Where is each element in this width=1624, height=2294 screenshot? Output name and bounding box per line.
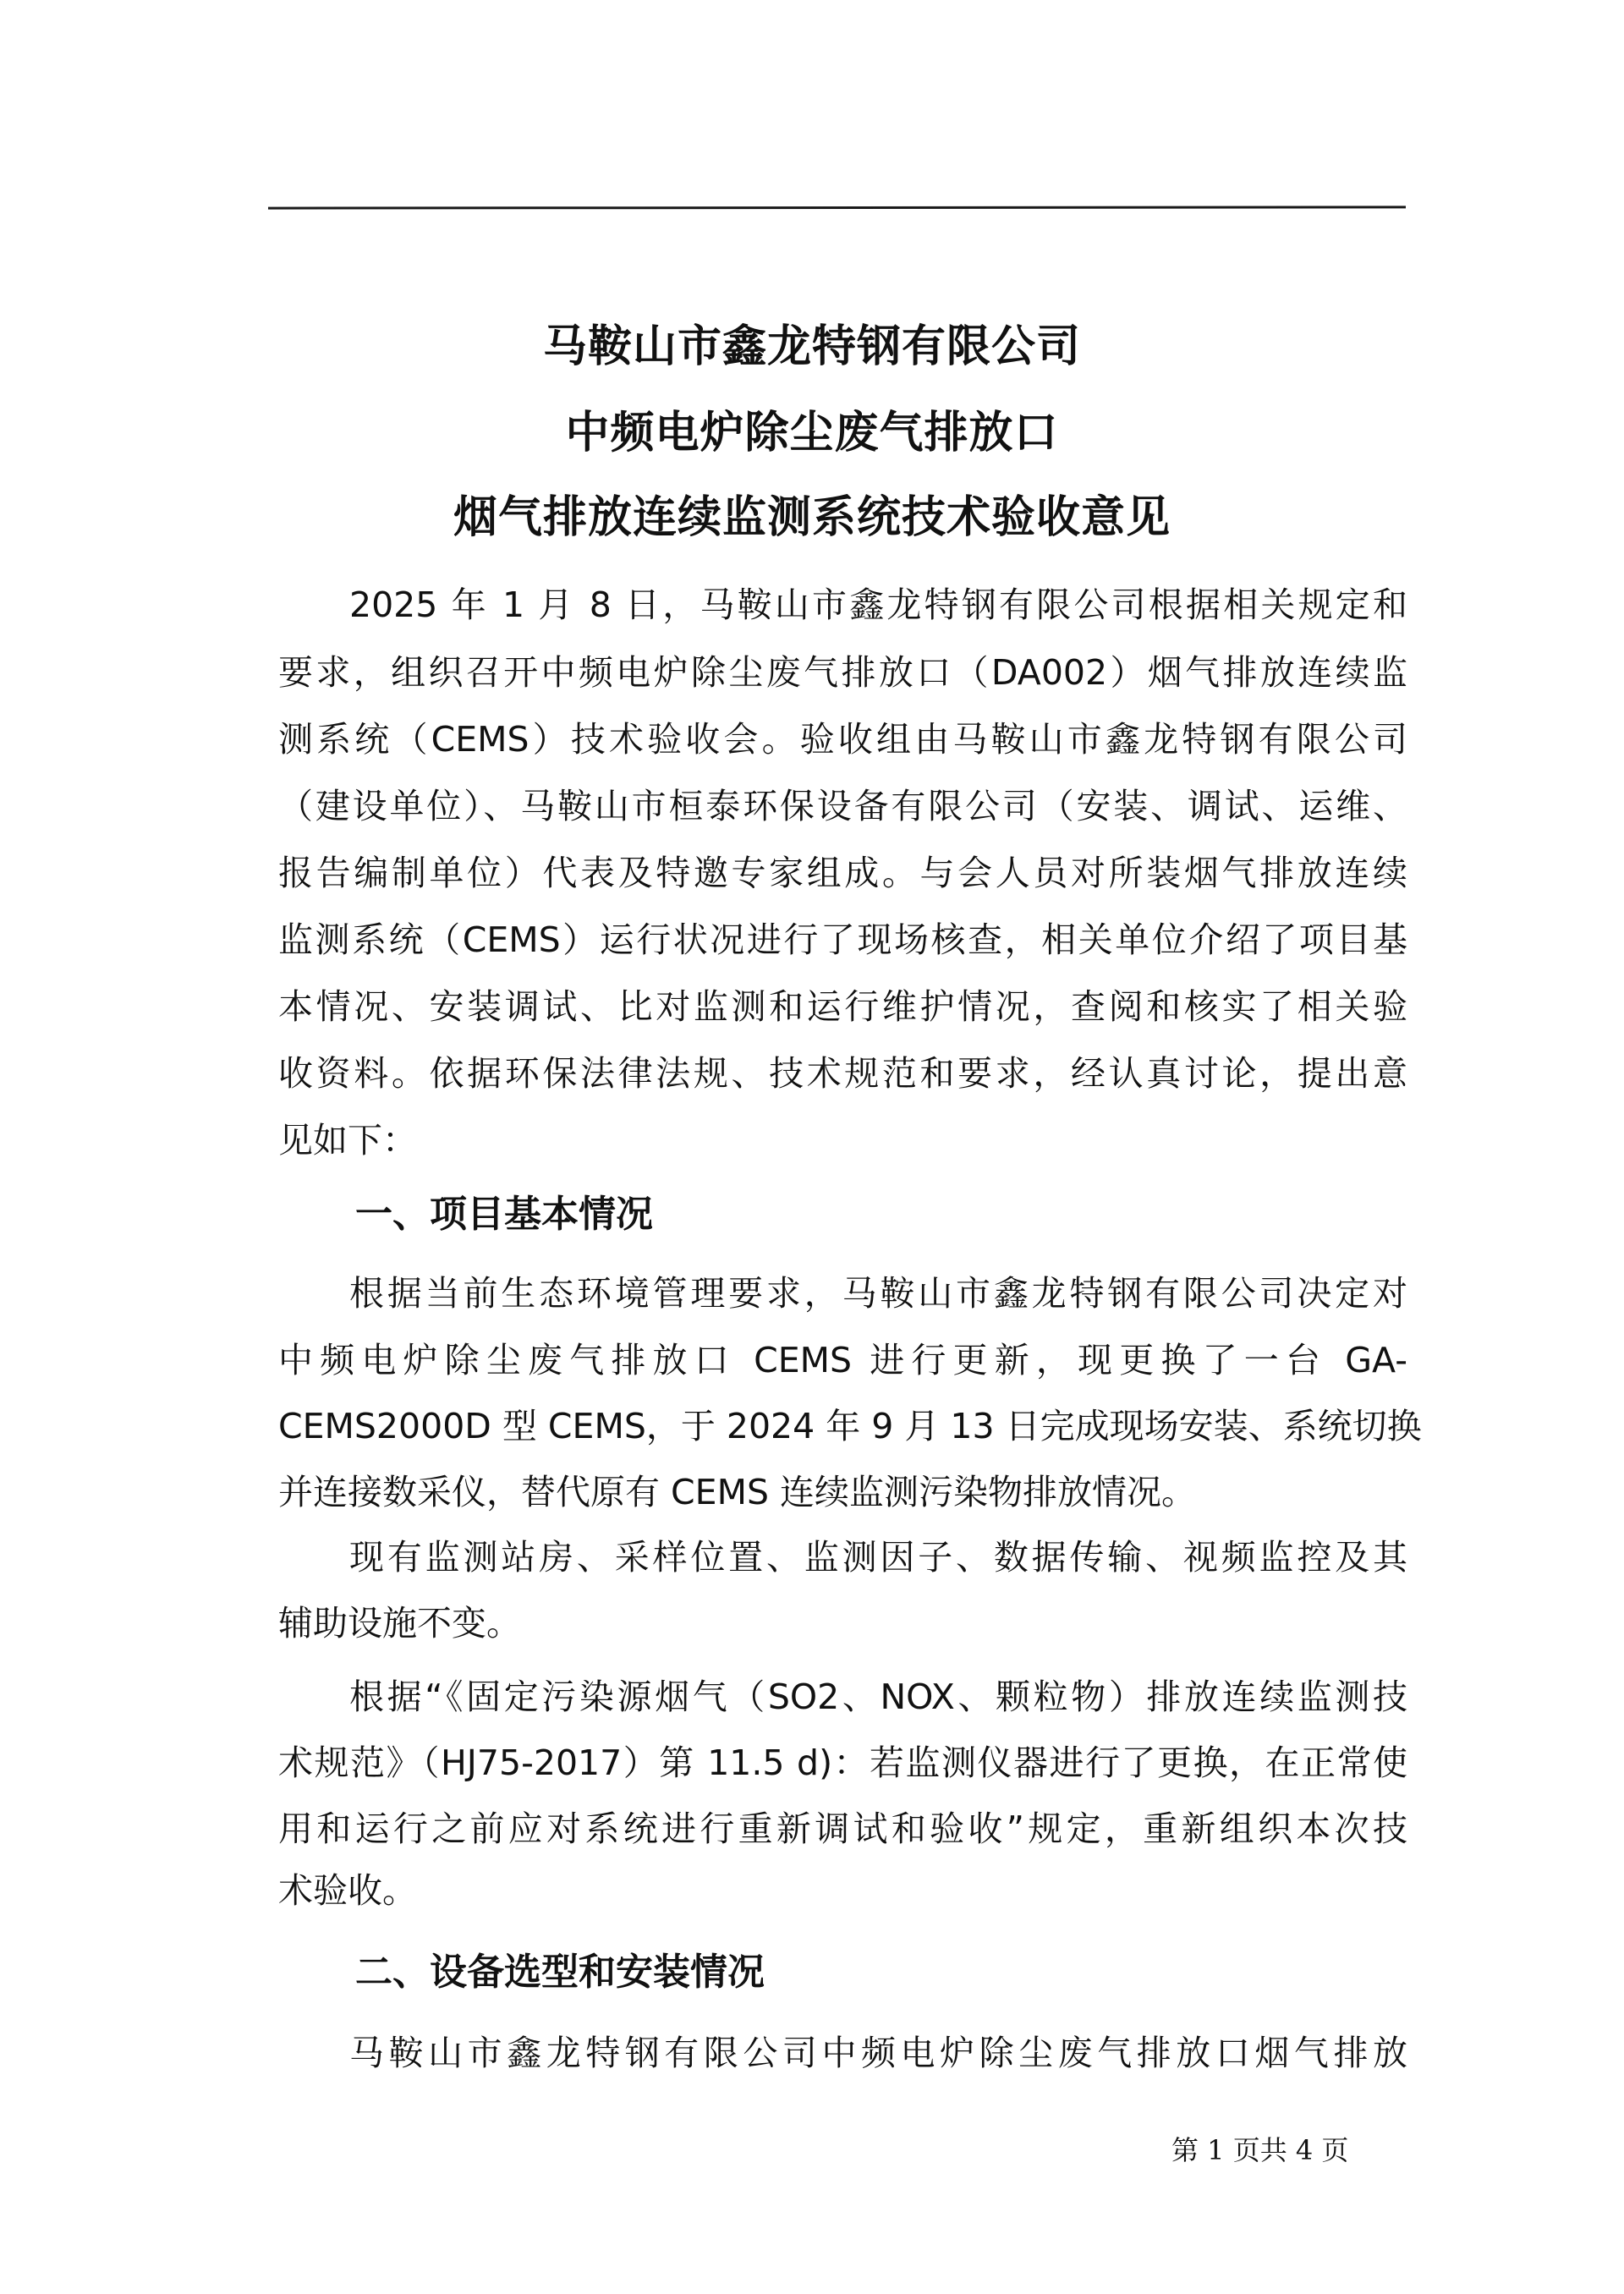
text-line: 2025 年 1 月 8 日，马鞍山市鑫龙特钢有限公司根据相关规定和 bbox=[349, 584, 1407, 626]
text-line: 术验收。 bbox=[278, 1869, 1407, 1912]
title-line-1: 马鞍山市鑫龙特钢有限公司 bbox=[0, 321, 1624, 372]
section-1-heading: 一、项目基本情况 bbox=[355, 1193, 653, 1237]
section-2-heading: 二、设备选型和安装情况 bbox=[355, 1951, 765, 1995]
header-rule bbox=[268, 206, 1406, 209]
text-line: （建设单位）、马鞍山市桓泰环保设备有限公司（安装、调试、运维、 bbox=[278, 785, 1407, 827]
text-line: 本情况、安装调试、比对监测和运行维护情况，查阅和核实了相关验 bbox=[278, 985, 1407, 1028]
title-line-3: 烟气排放连续监测系统技术验收意见 bbox=[0, 492, 1624, 543]
text-line: 收资料。依据环保法律法规、技术规范和要求，经认真讨论，提出意 bbox=[278, 1052, 1407, 1095]
text-line: 中频电炉除尘废气排放口 CEMS 进行更新，现更换了一台 GA- bbox=[278, 1339, 1407, 1381]
text-line: 根据当前生态环境管理要求，马鞍山市鑫龙特钢有限公司决定对 bbox=[349, 1272, 1407, 1314]
text-line: 要求，组织召开中频电炉除尘废气排放口（DA002）烟气排放连续监 bbox=[278, 651, 1407, 694]
page-indicator: 第 1 页共 4 页 bbox=[1171, 2133, 1348, 2167]
text-line: 测系统（CEMS）技术验收会。验收组由马鞍山市鑫龙特钢有限公司 bbox=[278, 718, 1407, 760]
text-line: 监测系统（CEMS）运行状况进行了现场核查，相关单位介绍了项目基 bbox=[278, 919, 1407, 961]
text-line: 辅助设施不变。 bbox=[278, 1602, 1407, 1644]
text-line: 现有监测站房、采样位置、监测因子、数据传输、视频监控及其 bbox=[349, 1536, 1407, 1578]
title-line-2: 中频电炉除尘废气排放口 bbox=[0, 408, 1624, 458]
text-line: 术规范》（HJ75-2017）第 11.5 d)：若监测仪器进行了更换，在正常使 bbox=[278, 1742, 1407, 1784]
text-line: 见如下： bbox=[278, 1119, 1407, 1161]
text-line: 用和运行之前应对系统进行重新调试和验收”规定，重新组织本次技 bbox=[278, 1808, 1407, 1850]
text-line: 马鞍山市鑫龙特钢有限公司中频电炉除尘废气排放口烟气排放 bbox=[349, 2032, 1407, 2074]
text-line: 报告编制单位）代表及特邀专家组成。与会人员对所装烟气排放连续 bbox=[278, 852, 1407, 894]
text-line: 并连接数采仪，替代原有 CEMS 连续监测污染物排放情况。 bbox=[278, 1471, 1407, 1513]
text-line: CEMS2000D 型 CEMS，于 2024 年 9 月 13 日完成现场安装… bbox=[278, 1405, 1407, 1447]
text-line: 根据“《固定污染源烟气（SO2、NOX、颗粒物）排放连续监测技 bbox=[349, 1676, 1407, 1718]
